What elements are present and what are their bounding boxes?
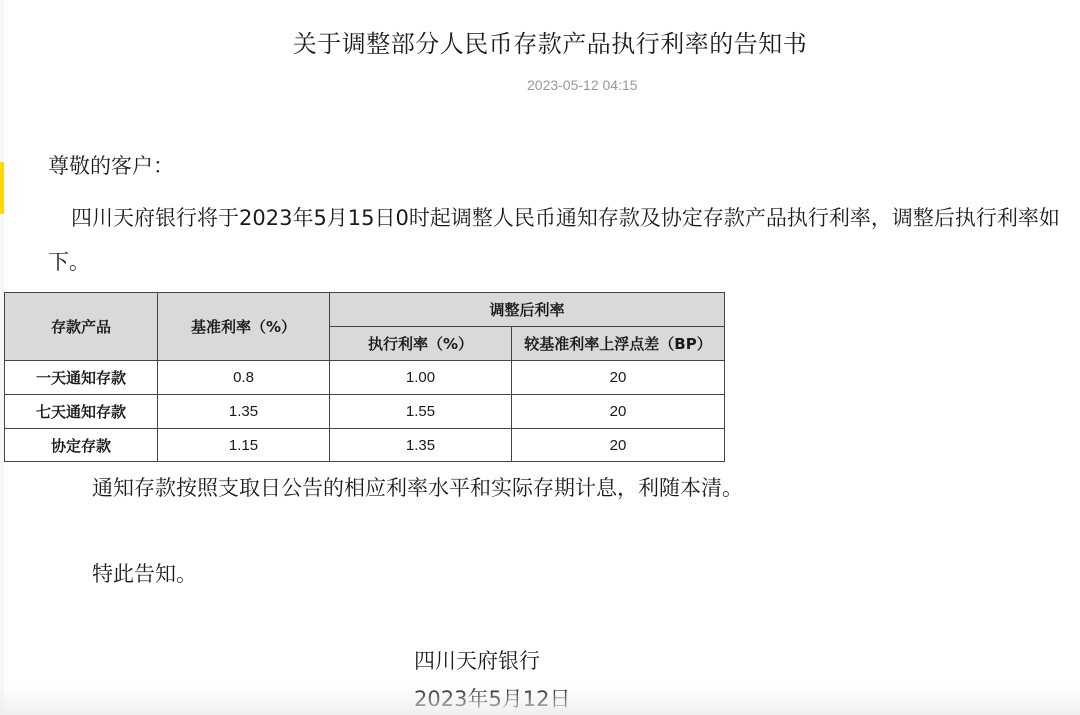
cell-product: 七天通知存款 (5, 395, 158, 429)
rates-table: 存款产品 基准利率（%） 调整后利率 执行利率（%） 较基准利率上浮点差（BP）… (4, 292, 725, 462)
cell-exec-rate: 1.35 (330, 429, 512, 462)
cell-spread: 20 (512, 395, 725, 429)
sign-date: 2023年5月12日 (414, 683, 571, 713)
table-row: 七天通知存款 1.35 1.55 20 (5, 395, 725, 429)
header-exec-rate: 执行利率（%） (330, 327, 512, 361)
signer: 四川天府银行 (414, 645, 540, 675)
intro-paragraph: 四川天府银行将于2023年5月15日0时起调整人民币通知存款及协定存款产品执行利… (48, 196, 1068, 284)
cell-exec-rate: 1.00 (330, 361, 512, 395)
cell-base-rate: 1.35 (158, 395, 330, 429)
cell-spread: 20 (512, 361, 725, 395)
closing-line: 特此告知。 (92, 558, 197, 588)
cell-product: 一天通知存款 (5, 361, 158, 395)
header-adjusted-rate-group: 调整后利率 (330, 293, 725, 327)
table-row: 协定存款 1.15 1.35 20 (5, 429, 725, 462)
cell-product: 协定存款 (5, 429, 158, 462)
interest-note: 通知存款按照支取日公告的相应利率水平和实际存期计息，利随本清。 (92, 472, 743, 502)
greeting: 尊敬的客户： (48, 150, 174, 180)
header-product: 存款产品 (5, 293, 158, 361)
cell-spread: 20 (512, 429, 725, 462)
cell-exec-rate: 1.55 (330, 395, 512, 429)
cell-base-rate: 0.8 (158, 361, 330, 395)
publish-timestamp: 2023-05-12 04:15 (527, 77, 638, 93)
table-row: 一天通知存款 0.8 1.00 20 (5, 361, 725, 395)
page-title: 关于调整部分人民币存款产品执行利率的告知书 (0, 24, 1080, 59)
header-spread: 较基准利率上浮点差（BP） (512, 327, 725, 361)
header-base-rate: 基准利率（%） (158, 293, 330, 361)
accent-bar (0, 162, 4, 214)
cell-base-rate: 1.15 (158, 429, 330, 462)
